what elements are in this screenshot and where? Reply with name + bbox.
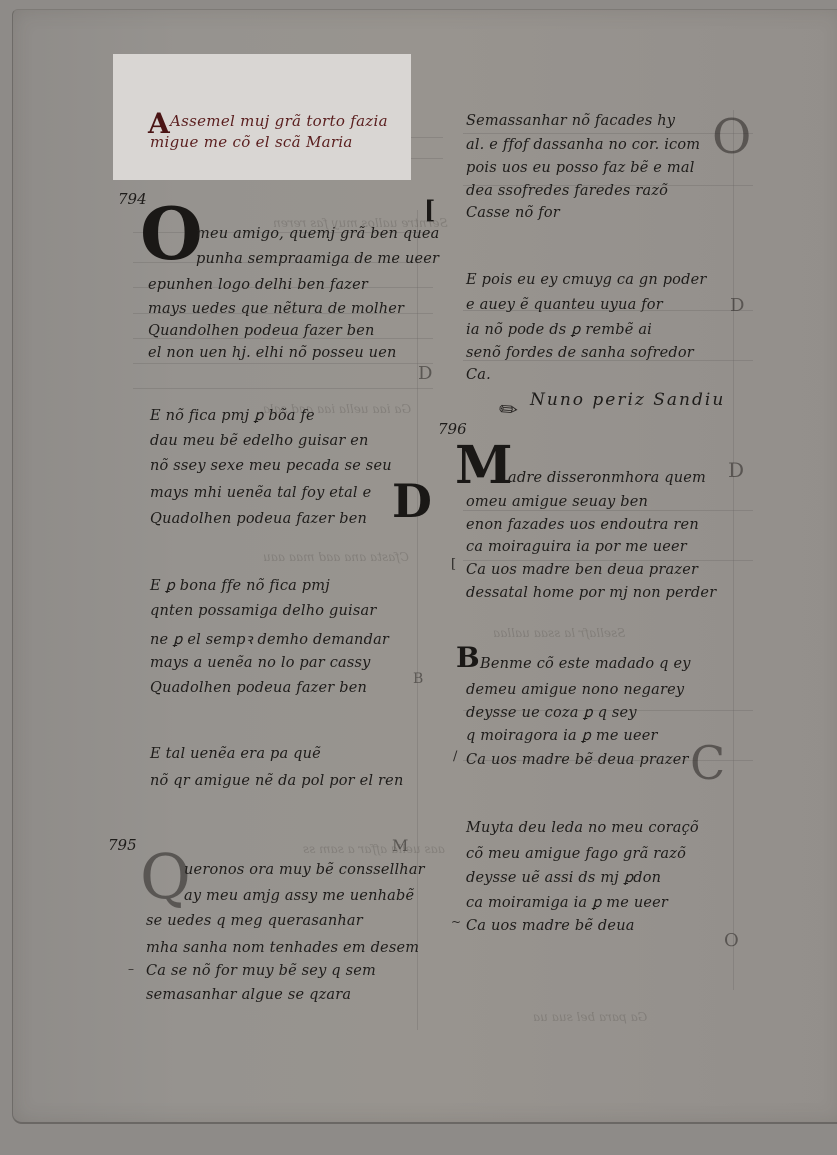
verse-line: qnten possamiga delho guisar [150, 603, 377, 619]
verse-line: epunhen logo delhi ben fazer [148, 277, 368, 293]
margin-guide-letter: D [730, 297, 744, 315]
margin-guide-letter: D [418, 365, 432, 383]
verse-line: nõ qr amigue nẽ da pol por el ren [150, 773, 404, 789]
margin-guide-letter: [ [424, 198, 435, 222]
highlighted-line: migue me cõ el scã Maria [150, 133, 353, 151]
verse-line: dessatal home por mj non perder [466, 585, 716, 601]
decorated-initial: M [455, 440, 513, 492]
author-attribution: Nuno periz Sandiu [530, 390, 725, 410]
margin-guide-letter: D [728, 460, 744, 480]
verse-line: pois uos eu posso faz bẽ e mal [466, 160, 695, 176]
verse-line: meu amigo, quemj grã ben quea [196, 226, 440, 242]
highlighted-line: Assemel muj grã torto fazia [170, 112, 388, 130]
margin-guide-letter: D [392, 478, 432, 524]
verse-line: enon fazades uos endoutra ren [466, 517, 699, 533]
verse-line: E ꝑ bona ffe nõ fica pmj [150, 578, 330, 594]
verse-line: ia nõ pode ds ꝑ rembẽ ai [466, 322, 652, 338]
margin-dash: – [128, 962, 134, 976]
verse-line: Ca. [466, 367, 491, 383]
verse-line: q moiragora ia ꝑ me ueer [466, 728, 658, 744]
verse-line: ueronos ora muy bẽ conssellhar [184, 862, 425, 878]
verse-line: Muyta deu leda no meu coraçõ [466, 820, 699, 836]
verse-line: mha sanha nom tenhades em desem [146, 940, 419, 956]
verse-line: Benme cõ este madado q ey [480, 656, 691, 672]
verse-line: Quandolhen podeua fazer ben [148, 323, 375, 339]
verse-line: punha sempraamiga de me ueer [196, 251, 439, 267]
verse-line: semasanhar algue se qzara [146, 987, 351, 1003]
verse-line: mays uedes que nẽtura de molher [148, 301, 404, 317]
verse-line: ay meu amjg assy me uenhabẽ [184, 888, 414, 904]
margin-guide-letter: C [690, 740, 725, 786]
poem-number: 795 [108, 836, 137, 854]
verse-line: demeu amigue nono negarey [466, 682, 684, 698]
verse-line: e auey ẽ quanteu uyua for [466, 297, 663, 313]
verse-line: se uedes q meg querasanhar [146, 913, 363, 929]
verse-line: deysse uẽ assi ds mj ꝑdon [466, 870, 661, 886]
verse-line: E pois eu ey cmuyg ca gn poder [466, 272, 707, 288]
verse-line: cõ meu amigue fago grã razõ [466, 846, 686, 862]
paragraph-mark: / [453, 749, 457, 764]
verse-line: adre disseronmhora quem [508, 470, 706, 486]
verse-line: al. e ffof dassanha no cor. icom [466, 137, 700, 153]
verse-line: E tal uenẽa era pa quẽ [150, 746, 321, 762]
verse-line: mays mhi uenẽa tal foy etal e [150, 485, 371, 501]
verse-line: dau meu bẽ edelho guisar en [150, 433, 369, 449]
verse-line: omeu amigue seuay ben [466, 494, 648, 510]
verse-line: senõ fordes de sanha sofredor [466, 345, 694, 361]
verse-line: Quadolhen podeua fazer ben [150, 680, 367, 696]
verse-line: deysse ue coza ꝑ q sey [466, 705, 637, 721]
verse-line: Semassanhar nõ facades hy [466, 113, 675, 129]
verse-line: ne ꝑ el sempꝛ demho demandar [150, 629, 389, 649]
stanza-initial: B [456, 644, 480, 672]
margin-guide-letter: B [413, 672, 423, 686]
verse-line: Ca uos madre bẽ deua prazer [466, 752, 689, 768]
verse-line: ca moiramiga ia ꝑ me ueer [466, 895, 668, 911]
verse-line: nõ ssey sexe meu pecada se seu [150, 458, 392, 474]
verse-line: el non uen hj. elhi nõ posseu uen [148, 345, 397, 361]
verse-line: E nõ fica pmj ꝑ bõa fe [150, 408, 315, 424]
verse-line: ca moiraguira ia por me ueer [466, 539, 687, 555]
paragraph-mark: [ [451, 557, 456, 572]
margin-guide-letter: O [712, 113, 751, 161]
margin-dash: ~ [451, 915, 461, 929]
verse-line: mays a uenẽa no lo par cassy [150, 655, 371, 671]
verse-line: Casse nõ for [466, 205, 560, 221]
margin-guide-letter: O [724, 932, 739, 950]
verse-line: Ca uos madre bẽ deua [466, 918, 635, 934]
decorated-initial: O [140, 198, 203, 270]
verse-line: Ca se nõ for muy bẽ sey q sem [146, 963, 376, 979]
verse-line: dea ssofredes faredes razõ [466, 183, 668, 199]
verse-line: Quadolhen podeua fazer ben [150, 511, 367, 527]
margin-guide-letter: M [392, 838, 408, 854]
verse-line: Ca uos madre ben deua prazer [466, 562, 698, 578]
